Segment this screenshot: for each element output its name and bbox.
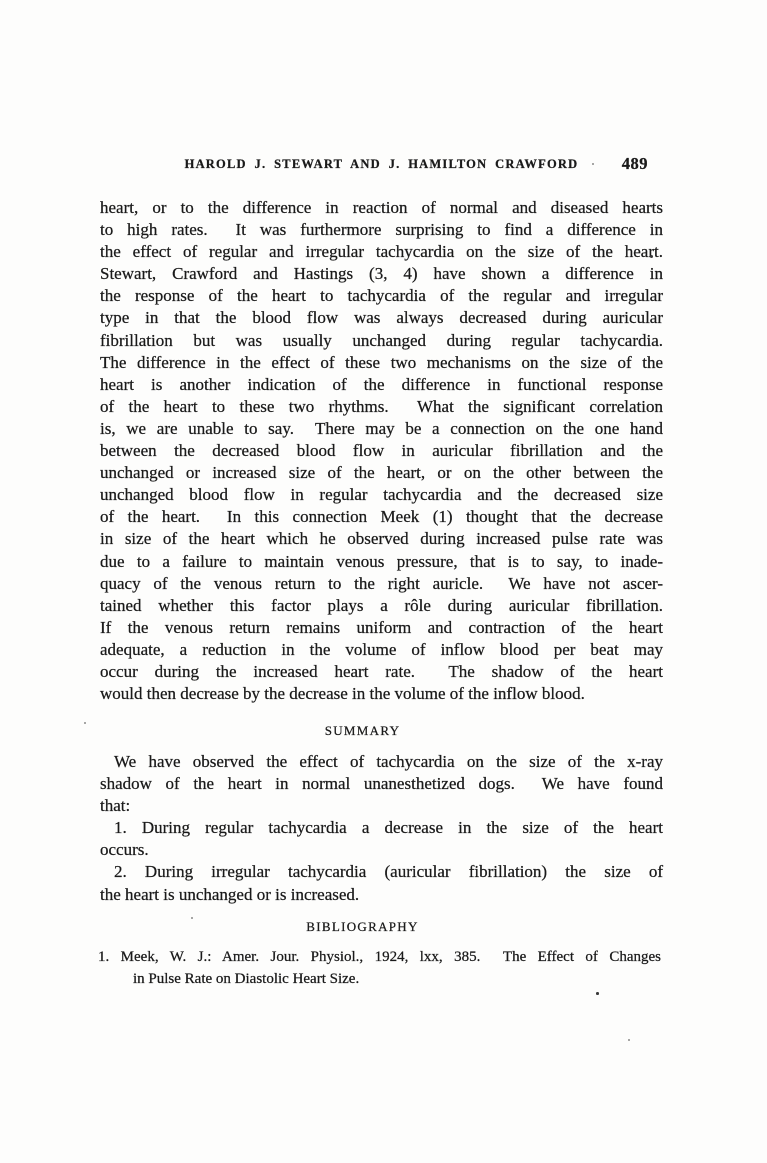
- scan-speck: [628, 1039, 630, 1041]
- text-line: the effect of regular and irregular tach…: [100, 241, 663, 263]
- text-line: heart, or to the difference in reaction …: [100, 197, 663, 219]
- scan-speck: [84, 722, 86, 724]
- text-line: occurs.: [100, 839, 663, 861]
- text-line: unchanged blood flow in regular tachycar…: [100, 484, 663, 506]
- running-title: HAROLD J. STEWART AND J. HAMILTON CRAWFO…: [100, 156, 663, 172]
- scan-speck: [592, 163, 594, 165]
- text-line: 2. During irregular tachycardia (auricul…: [100, 861, 663, 883]
- text-line: occur during the increased heart rate. T…: [100, 661, 663, 683]
- text-line: due to a failure to maintain venous pres…: [100, 551, 663, 573]
- text-line: of the heart to these two rhythms. What …: [100, 396, 663, 418]
- text-line: of the heart. In this connection Meek (1…: [100, 506, 663, 528]
- bibliography-heading: BIBLIOGRAPHY: [81, 919, 644, 935]
- text-line: If the venous return remains uniform and…: [100, 617, 663, 639]
- summary-paragraph: We have observed the effect of tachycard…: [100, 751, 663, 817]
- text-line: heart is another indication of the diffe…: [100, 374, 663, 396]
- text-line: fibrillation but was usually unchanged d…: [100, 330, 663, 352]
- text-line: 1. Meek, W. J.: Amer. Jour. Physiol., 19…: [98, 947, 661, 969]
- text-line: shadow of the heart in normal unanesthet…: [100, 773, 663, 795]
- text-line: in Pulse Rate on Diastolic Heart Size.: [98, 969, 661, 991]
- summary-item-1: 1. During regular tachycardia a decrease…: [100, 817, 663, 861]
- text-line: to high rates. It was furthermore surpri…: [100, 219, 663, 241]
- text-line: the heart is unchanged or is increased.: [100, 884, 663, 906]
- scan-speck: [596, 992, 599, 995]
- text-line: tained whether this factor plays a rôle …: [100, 595, 663, 617]
- summary-heading: SUMMARY: [81, 723, 644, 739]
- paragraph-continuation: heart, or to the difference in reaction …: [100, 197, 663, 705]
- page-number: 489: [622, 154, 648, 174]
- text-line: Stewart, Crawford and Hastings (3, 4) ha…: [100, 263, 663, 285]
- text-line: The difference in the effect of these tw…: [100, 352, 663, 374]
- text-line: is, we are unable to say. There may be a…: [100, 418, 663, 440]
- text-line: in size of the heart which he observed d…: [100, 528, 663, 550]
- text-line: that:: [100, 795, 663, 817]
- text-line: unchanged or increased size of the heart…: [100, 462, 663, 484]
- running-header: HAROLD J. STEWART AND J. HAMILTON CRAWFO…: [100, 156, 663, 176]
- text-line: would then decrease by the decrease in t…: [100, 683, 663, 705]
- summary-section: We have observed the effect of tachycard…: [100, 751, 663, 906]
- text-line: quacy of the venous return to the right …: [100, 573, 663, 595]
- scanned-journal-page: HAROLD J. STEWART AND J. HAMILTON CRAWFO…: [0, 0, 767, 1163]
- text-line: type in that the blood flow was always d…: [100, 307, 663, 329]
- text-line: 1. During regular tachycardia a decrease…: [100, 817, 663, 839]
- text-line: the response of the heart to tachycardia…: [100, 285, 663, 307]
- text-line: between the decreased blood flow in auri…: [100, 440, 663, 462]
- text-line: We have observed the effect of tachycard…: [100, 751, 663, 773]
- text-line: adequate, a reduction in the volume of i…: [100, 639, 663, 661]
- summary-item-2: 2. During irregular tachycardia (auricul…: [100, 861, 663, 905]
- bibliography-entry: 1. Meek, W. J.: Amer. Jour. Physiol., 19…: [98, 947, 661, 990]
- scan-speck: [191, 917, 193, 919]
- scan-speck: [650, 255, 653, 258]
